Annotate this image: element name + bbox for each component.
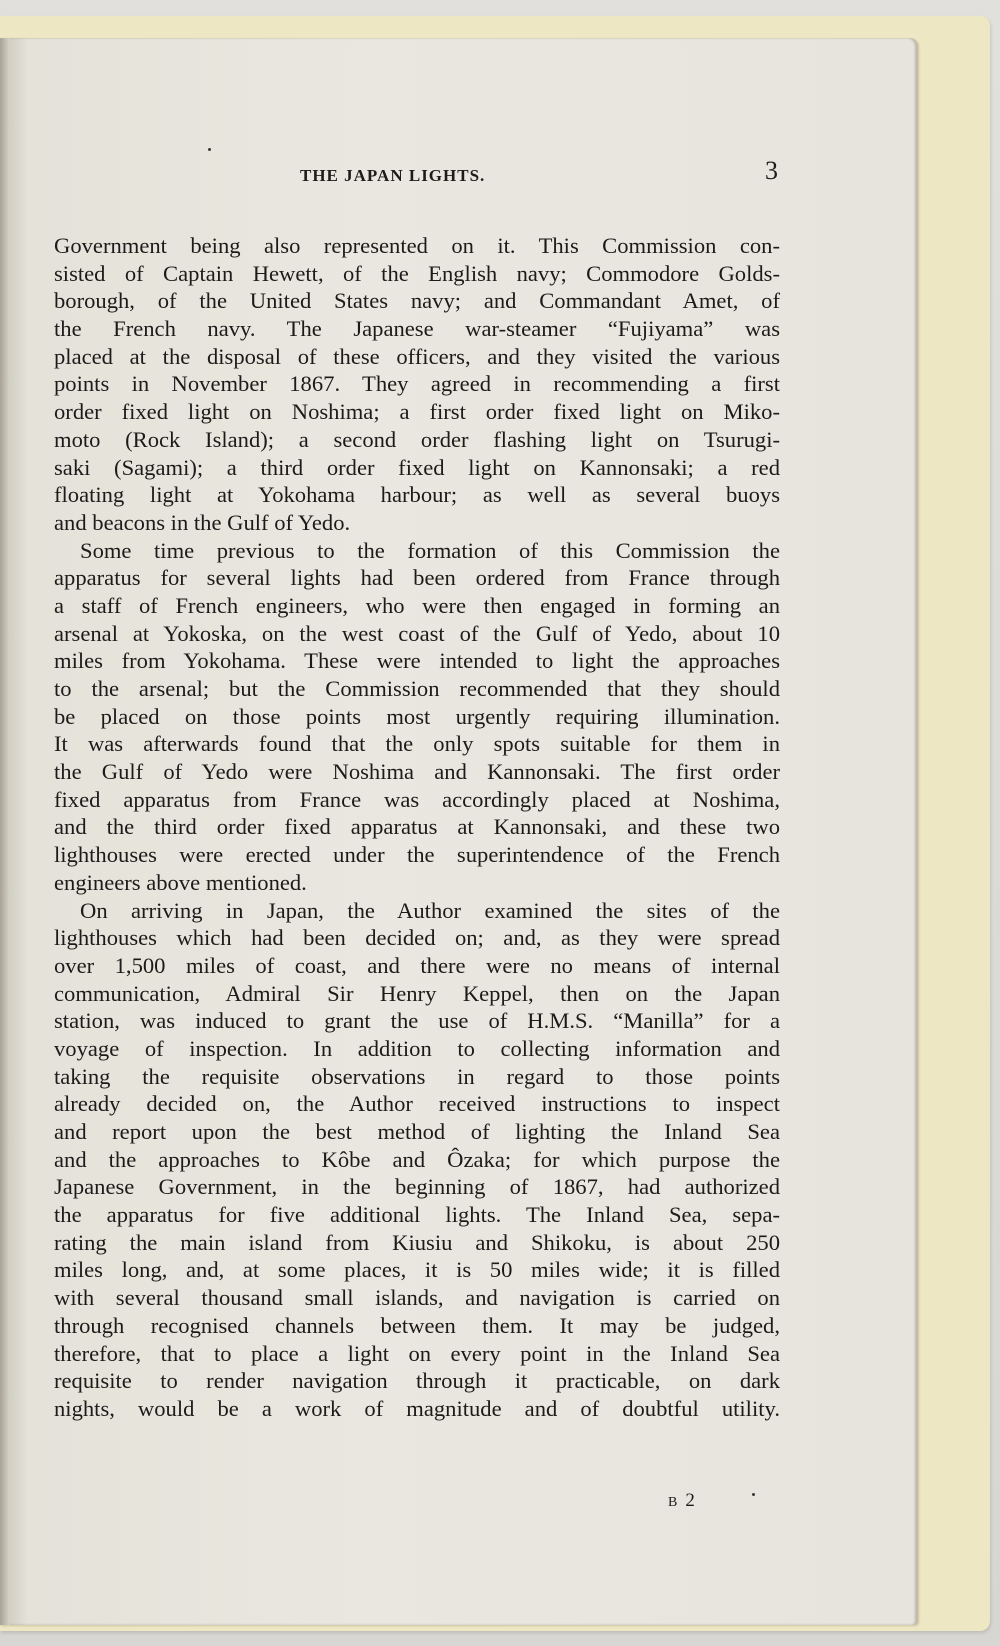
paragraph-1: Government being also represented on it.… <box>54 232 780 537</box>
text-line: lighthouses were erected under the super… <box>54 841 780 869</box>
text-line: On arriving in Japan, the Author examine… <box>54 897 780 925</box>
text-line: communication, Admiral Sir Henry Keppel,… <box>54 980 780 1008</box>
text-line: engineers above mentioned. <box>54 869 780 897</box>
text-line: the Gulf of Yedo were Noshima and Kannon… <box>54 758 780 786</box>
text-line: floating light at Yokohama harbour; as w… <box>54 481 780 509</box>
paper-speck <box>752 1493 755 1496</box>
page-header: THE JAPAN LIGHTS. 3 <box>0 156 918 196</box>
text-line: placed at the disposal of these officers… <box>54 343 780 371</box>
text-line: miles from Yokohama. These were intended… <box>54 647 780 675</box>
text-line: over 1,500 miles of coast, and there wer… <box>54 952 780 980</box>
text-line: already decided on, the Author received … <box>54 1090 780 1118</box>
running-title: THE JAPAN LIGHTS. <box>300 166 485 186</box>
text-line: with several thousand small islands, and… <box>54 1284 780 1312</box>
text-line: therefore, that to place a light on ever… <box>54 1340 780 1368</box>
text-line: fixed apparatus from France was accordin… <box>54 786 780 814</box>
signature-number: 2 <box>685 1490 697 1511</box>
text-line: and beacons in the Gulf of Yedo. <box>54 509 780 537</box>
text-line: points in November 1867. They agreed in … <box>54 370 780 398</box>
text-line: arsenal at Yokoska, on the west coast of… <box>54 620 780 648</box>
body-text: Government being also represented on it.… <box>54 232 780 1423</box>
page-spine-shadow <box>0 38 10 1625</box>
text-line: rating the main island from Kiusiu and S… <box>54 1229 780 1257</box>
text-line: borough, of the United States navy; and … <box>54 287 780 315</box>
paragraph-3: On arriving in Japan, the Author examine… <box>54 897 780 1423</box>
text-line: requisite to render navigation through i… <box>54 1367 780 1395</box>
text-line: Government being also represented on it.… <box>54 232 780 260</box>
text-line: sisted of Captain Hewett, of the English… <box>54 260 780 288</box>
text-line: through recognised channels between them… <box>54 1312 780 1340</box>
signature-mark: B2 <box>668 1490 697 1512</box>
text-line: miles long, and, at some places, it is 5… <box>54 1256 780 1284</box>
text-line: the apparatus for five additional lights… <box>54 1201 780 1229</box>
text-line: lighthouses which had been decided on; a… <box>54 924 780 952</box>
text-line: be placed on those points most urgently … <box>54 703 780 731</box>
signature-letter: B <box>668 1495 679 1510</box>
text-line: and the third order fixed apparatus at K… <box>54 813 780 841</box>
text-line: It was afterwards found that the only sp… <box>54 730 780 758</box>
text-line: and report upon the best method of light… <box>54 1118 780 1146</box>
paper-speck <box>208 148 211 151</box>
text-line: Japanese Government, in the beginning of… <box>54 1173 780 1201</box>
text-line: the French navy. The Japanese war-steame… <box>54 315 780 343</box>
book-page: THE JAPAN LIGHTS. 3 Government being als… <box>0 38 918 1625</box>
text-line: voyage of inspection. In addition to col… <box>54 1035 780 1063</box>
paragraph-2: Some time previous to the formation of t… <box>54 537 780 897</box>
text-line: saki (Sagami); a third order fixed light… <box>54 454 780 482</box>
text-line: moto (Rock Island); a second order flash… <box>54 426 780 454</box>
text-line: Some time previous to the formation of t… <box>54 537 780 565</box>
text-line: a staff of French engineers, who were th… <box>54 592 780 620</box>
text-line: and the approaches to Kôbe and Ôzaka; fo… <box>54 1146 780 1174</box>
text-line: apparatus for several lights had been or… <box>54 564 780 592</box>
text-line: nights, would be a work of magnitude and… <box>54 1395 780 1423</box>
text-line: taking the requisite observations in reg… <box>54 1063 780 1091</box>
text-line: to the arsenal; but the Commission recom… <box>54 675 780 703</box>
page-number: 3 <box>765 156 778 186</box>
text-line: station, was induced to grant the use of… <box>54 1007 780 1035</box>
text-line: order fixed light on Noshima; a first or… <box>54 398 780 426</box>
